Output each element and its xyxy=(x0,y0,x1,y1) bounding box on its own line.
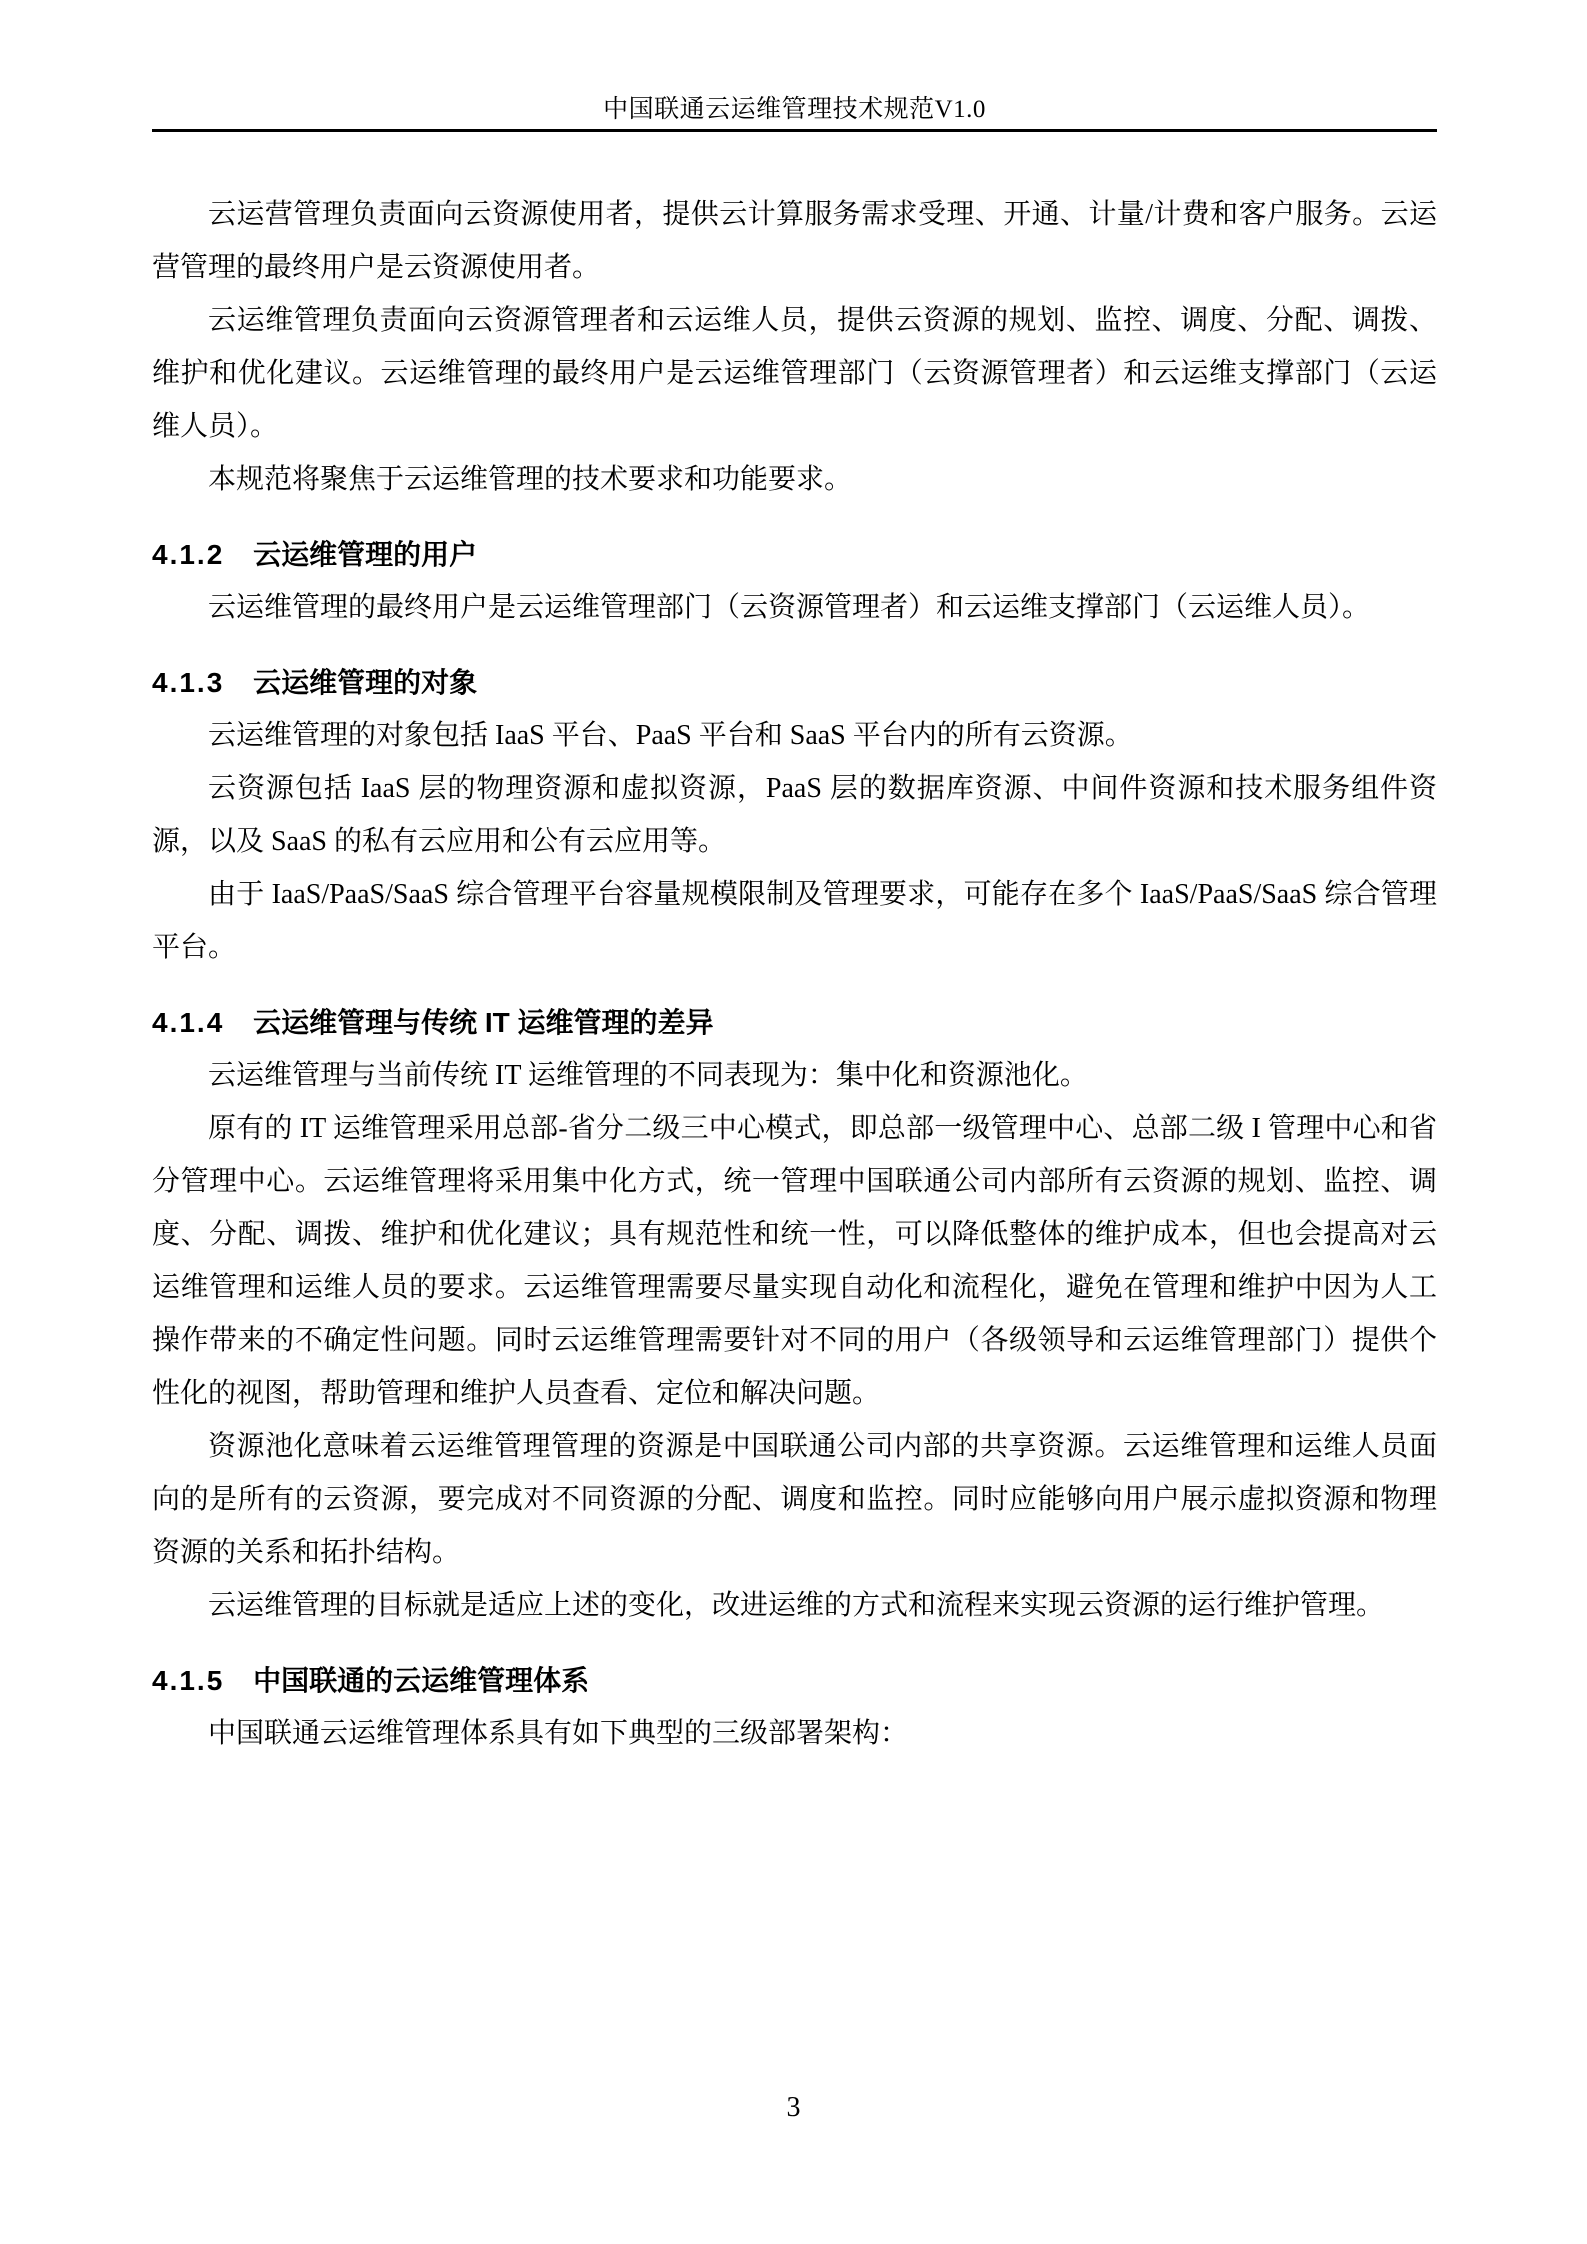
section-heading-4-1-2: 4.1.2 云运维管理的用户 xyxy=(152,528,1437,581)
paragraph: 云运营管理负责面向云资源使用者，提供云计算服务需求受理、开通、计量/计费和客户服… xyxy=(152,188,1437,294)
paragraph: 云资源包括 IaaS 层的物理资源和虚拟资源，PaaS 层的数据库资源、中间件资… xyxy=(152,762,1437,868)
section-number: 4.1.4 xyxy=(152,996,224,1049)
header-rule xyxy=(152,129,1437,132)
paragraph: 原有的 IT 运维管理采用总部-省分二级三中心模式，即总部一级管理中心、总部二级… xyxy=(152,1102,1437,1420)
section-heading-4-1-4: 4.1.4 云运维管理与传统 IT 运维管理的差异 xyxy=(152,996,1437,1049)
section-title: 云运维管理的对象 xyxy=(253,667,477,698)
document-body: 云运营管理负责面向云资源使用者，提供云计算服务需求受理、开通、计量/计费和客户服… xyxy=(152,188,1437,1760)
paragraph: 云运维管理与当前传统 IT 运维管理的不同表现为：集中化和资源池化。 xyxy=(152,1049,1437,1102)
paragraph: 云运维管理的目标就是适应上述的变化，改进运维的方式和流程来实现云资源的运行维护管… xyxy=(152,1579,1437,1632)
document-page: 中国联通云运维管理技术规范V1.0 云运营管理负责面向云资源使用者，提供云计算服… xyxy=(0,0,1587,2244)
section-heading-4-1-5: 4.1.5 中国联通的云运维管理体系 xyxy=(152,1654,1437,1707)
paragraph: 资源池化意味着云运维管理管理的资源是中国联通公司内部的共享资源。云运维管理和运维… xyxy=(152,1420,1437,1579)
section-number: 4.1.3 xyxy=(152,656,224,709)
paragraph: 本规范将聚焦于云运维管理的技术要求和功能要求。 xyxy=(152,453,1437,506)
page-header: 中国联通云运维管理技术规范V1.0 xyxy=(152,0,1437,132)
paragraph: 云运维管理的最终用户是云运维管理部门（云资源管理者）和云运维支撑部门（云运维人员… xyxy=(152,581,1437,634)
page-number: 3 xyxy=(0,2092,1587,2124)
section-title: 云运维管理的用户 xyxy=(253,539,477,570)
section-title: 云运维管理与传统 IT 运维管理的差异 xyxy=(253,1007,713,1038)
section-number: 4.1.2 xyxy=(152,528,224,581)
section-heading-4-1-3: 4.1.3 云运维管理的对象 xyxy=(152,656,1437,709)
section-title: 中国联通的云运维管理体系 xyxy=(253,1665,589,1696)
paragraph: 云运维管理负责面向云资源管理者和云运维人员，提供云资源的规划、监控、调度、分配、… xyxy=(152,294,1437,453)
header-title: 中国联通云运维管理技术规范V1.0 xyxy=(152,96,1437,123)
section-number: 4.1.5 xyxy=(152,1654,224,1707)
paragraph: 由于 IaaS/PaaS/SaaS 综合管理平台容量规模限制及管理要求，可能存在… xyxy=(152,868,1437,974)
paragraph: 中国联通云运维管理体系具有如下典型的三级部署架构： xyxy=(152,1707,1437,1760)
paragraph: 云运维管理的对象包括 IaaS 平台、PaaS 平台和 SaaS 平台内的所有云… xyxy=(152,709,1437,762)
